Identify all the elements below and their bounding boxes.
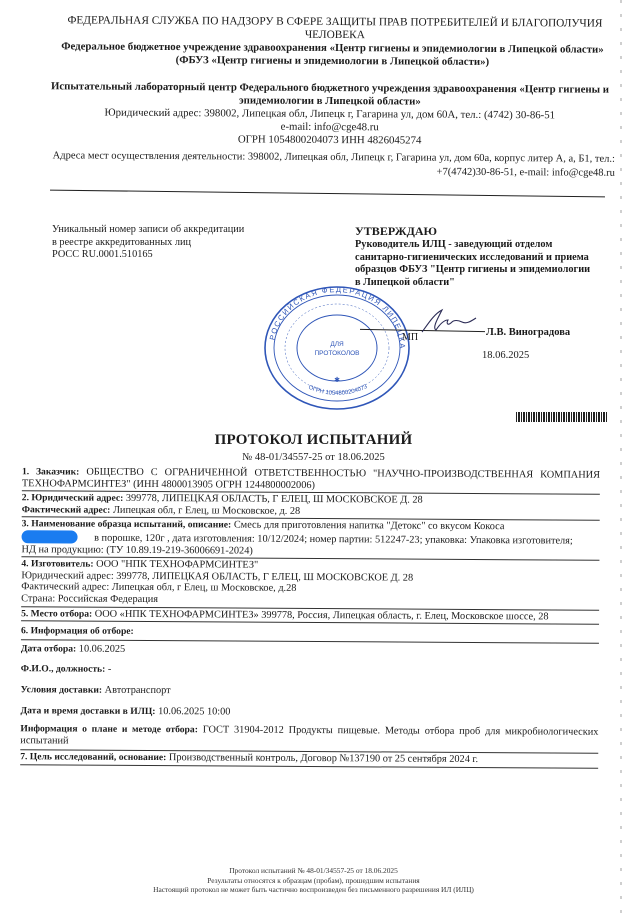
sample-value-part1: Смесь для приготовления напитка "Детокс"… bbox=[234, 520, 505, 533]
sampling-info-label: 6. Информация об отборе: bbox=[21, 625, 134, 637]
official-stamp-icon: ДЛЯ ПРОТОКОЛОВ РОССИЙСКАЯ ФЕДЕРАЦИЯ ЛИПЕ… bbox=[262, 284, 412, 412]
section-sampling-info: 6. Информация об отборе: Дата отбора: 10… bbox=[20, 621, 599, 754]
delivery-label: Условия доставки: bbox=[21, 684, 103, 695]
protocol-page: ФЕДЕРАЛЬНАЯ СЛУЖБА ПО НАДЗОРУ В СФЕРЕ ЗА… bbox=[0, 0, 627, 919]
section-customer: 1. Заказчик: ОБЩЕСТВО С ОГРАНИЧЕННОЙ ОТВ… bbox=[22, 465, 600, 495]
mp-label: МП bbox=[402, 332, 418, 343]
section-manufacturer: 4. Изготовитель: ООО "НПК ТЕХНОФАРМСИНТЕ… bbox=[21, 557, 599, 610]
header-divider bbox=[50, 190, 605, 198]
section-purpose: 7. Цель исследований, основание: Произво… bbox=[20, 751, 598, 769]
signer-name: Л.В. Виноградова bbox=[486, 327, 570, 338]
protocol-body: 1. Заказчик: ОБЩЕСТВО С ОГРАНИЧЕННОЙ ОТВ… bbox=[20, 465, 600, 768]
method-label: Информация о плане и методе отбора: bbox=[20, 723, 198, 735]
barcode-icon bbox=[516, 412, 608, 422]
approval-heading: УТВЕРЖДАЮ bbox=[355, 223, 595, 239]
accreditation-block: Уникальный номер записи об аккредитации … bbox=[52, 224, 244, 262]
actual-address-value: Липецкая обл, г Елец, ш Московское, д. 2… bbox=[113, 505, 300, 517]
approval-block: УТВЕРЖДАЮ Руководитель ИЛЦ - заведующий … bbox=[355, 223, 595, 289]
manufacturer-value: ООО "НПК ТЕХНОФАРМСИНТЕЗ" bbox=[96, 559, 258, 571]
customer-label: 1. Заказчик: bbox=[22, 466, 79, 477]
approval-date: 18.06.2025 bbox=[482, 350, 529, 361]
svg-text:ОГРН 1054800204073: ОГРН 1054800204073 bbox=[307, 384, 369, 397]
signature-icon bbox=[418, 306, 478, 336]
scan-edge-marks bbox=[620, 0, 622, 919]
delivery-time-label: Дата и время доставки в ИЛЦ: bbox=[20, 705, 155, 717]
footer-results-note: Результаты относятся к образцам (пробам)… bbox=[0, 876, 627, 886]
accreditation-line2: в реестре аккредитованных лиц bbox=[52, 237, 244, 250]
activity-address: Адреса мест осуществления деятельности: … bbox=[40, 149, 615, 181]
sample-label: 3. Наименование образца испытаний, описа… bbox=[22, 519, 232, 531]
accreditation-number: РОСС RU.0001.510165 bbox=[52, 249, 244, 262]
agency-heading: ФЕДЕРАЛЬНАЯ СЛУЖБА ПО НАДЗОРУ В СФЕРЕ ЗА… bbox=[55, 14, 615, 43]
person-label: Ф.И.О., должность: bbox=[21, 664, 106, 676]
ogrn-inn: ОГРН 1054800204073 ИНН 4826045274 bbox=[40, 132, 620, 149]
sampling-date-value: 10.06.2025 bbox=[79, 643, 125, 654]
customer-value: ОБЩЕСТВО С ОГРАНИЧЕННОЙ ОТВЕТСТВЕННОСТЬЮ… bbox=[22, 467, 600, 491]
sampling-place-value: ООО «НПК ТЕХНОФАРМСИНТЕЗ» 399778, Россия… bbox=[95, 608, 549, 622]
section-sample: 3. Наименование образца испытаний, описа… bbox=[21, 518, 599, 561]
actual-address-label: Фактический адрес: bbox=[22, 504, 111, 516]
accreditation-line1: Уникальный номер записи об аккредитации bbox=[52, 224, 244, 237]
lab-block: Испытательный лабораторный центр Федерал… bbox=[40, 80, 620, 149]
redacted-blob bbox=[22, 530, 78, 543]
approval-position: Руководитель ИЛЦ - заведующий отделом са… bbox=[355, 239, 595, 289]
institution-heading: Федеральное бюджетное учреждение здравоо… bbox=[40, 40, 625, 70]
footer-protocol-ref: Протокол испытаний № 48-01/34557-25 от 1… bbox=[0, 866, 627, 876]
sampling-date-label: Дата отбора: bbox=[21, 643, 76, 654]
footer-reproduction-note: Настоящий протокол не может быть частичн… bbox=[0, 885, 627, 895]
legal-address-label: 2. Юридический адрес: bbox=[22, 492, 124, 504]
delivery-time-value: 10.06.2025 10:00 bbox=[158, 706, 230, 717]
purpose-label: 7. Цель исследований, основание: bbox=[20, 752, 166, 764]
person-value: - bbox=[108, 664, 112, 675]
svg-text:ПРОТОКОЛОВ: ПРОТОКОЛОВ bbox=[314, 350, 359, 357]
lab-name: Испытательный лабораторный центр Федерал… bbox=[40, 80, 620, 110]
protocol-title: ПРОТОКОЛ ИСПЫТАНИЙ bbox=[0, 432, 627, 449]
svg-text:ДЛЯ: ДЛЯ bbox=[330, 341, 344, 348]
manufacturer-label: 4. Изготовитель: bbox=[21, 558, 93, 569]
sampling-place-label: 5. Место отбора: bbox=[21, 608, 92, 619]
section-legal-address: 2. Юридический адрес: 399778, ЛИПЕЦКАЯ О… bbox=[22, 491, 600, 521]
svg-text:✱: ✱ bbox=[334, 376, 340, 384]
protocol-number: № 48-01/34557-25 от 18.06.2025 bbox=[0, 452, 627, 463]
page-footer: Протокол испытаний № 48-01/34557-25 от 1… bbox=[0, 866, 627, 895]
purpose-value: Производственный контроль, Договор №1371… bbox=[169, 752, 478, 765]
delivery-value: Автотранспорт bbox=[105, 685, 171, 696]
manufacturer-country: Страна: Российская Федерация bbox=[21, 593, 599, 608]
